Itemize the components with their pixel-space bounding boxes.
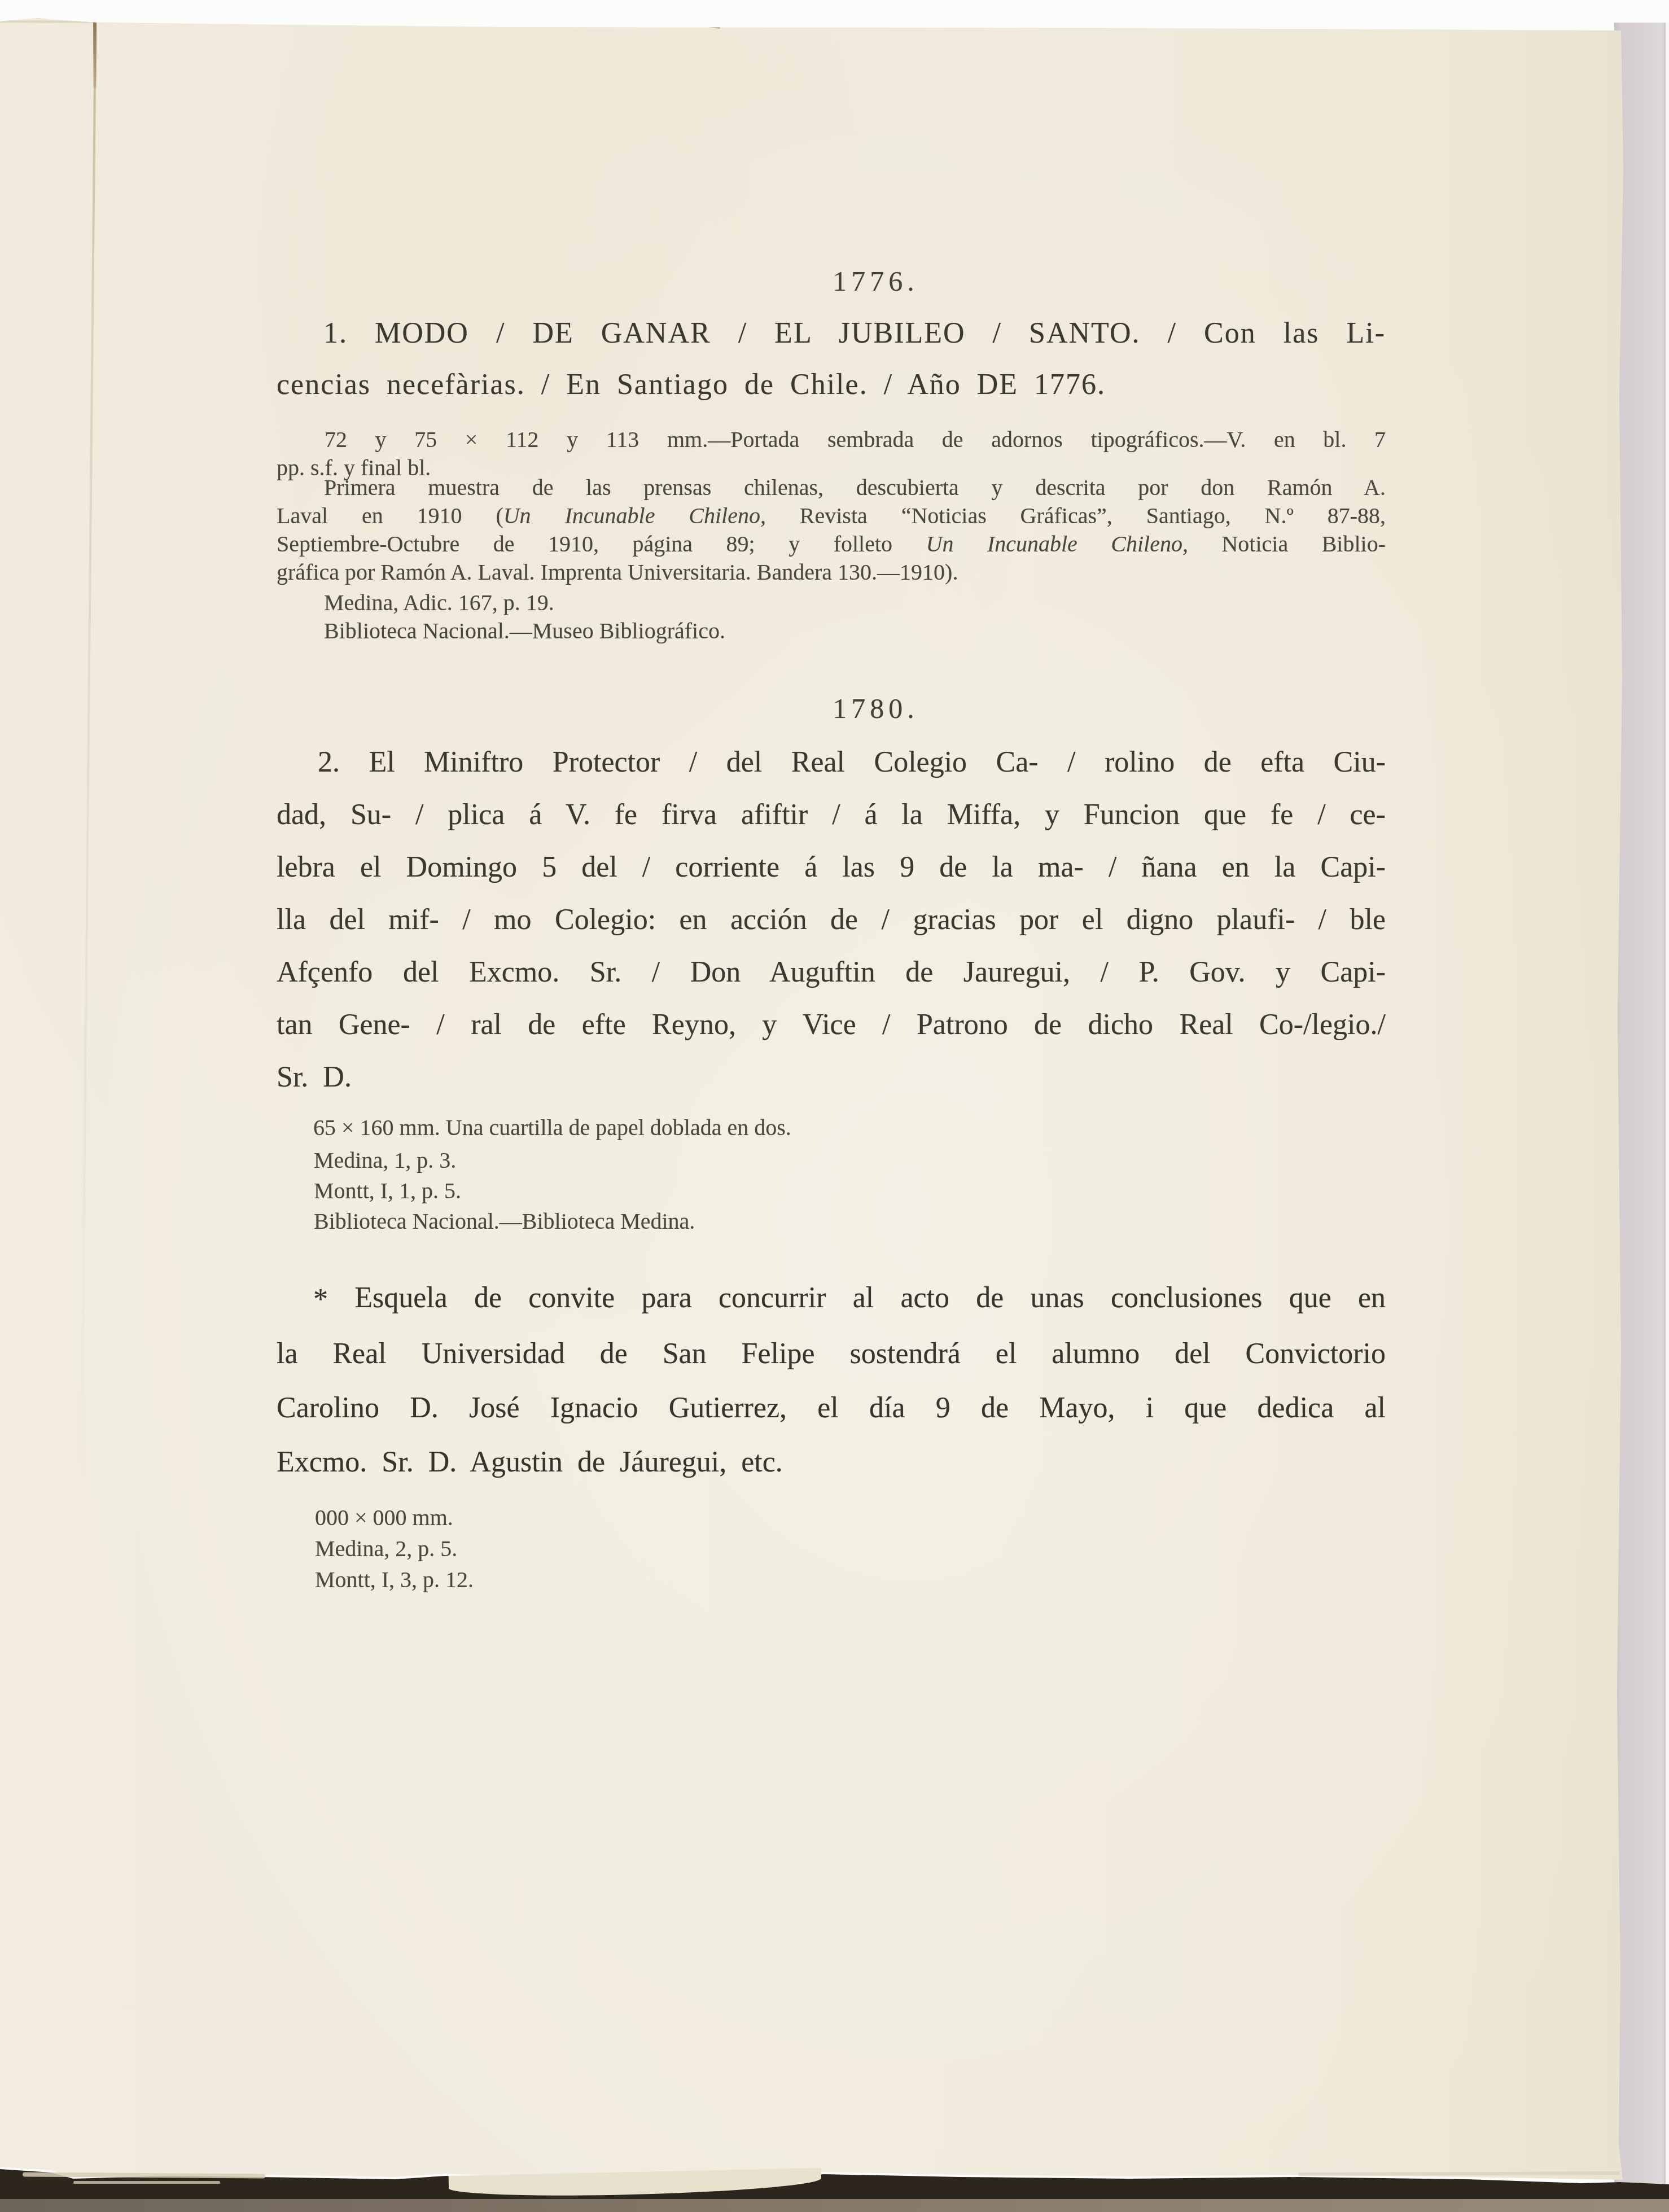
entry1-note-line-3-pre: Septiembre-Octubre de 1910, página 89; y… (277, 531, 926, 557)
entry1-note-line-2-italic: Un Incunable Chileno, (503, 503, 766, 528)
entry2-note-line-3: Carolino D. José Ignacio Gutierrez, el d… (277, 1381, 1386, 1435)
entry2-ref-medina-2: Medina, 2, p. 5. (277, 1533, 1386, 1564)
entry2-line-3: lebra el Domingo 5 del / corriente á las… (277, 841, 1386, 893)
entry2-line-5: Afçenfo del Excmo. Sr. / Don Auguftin de… (277, 946, 1386, 998)
entry1-note-line-3: Septiembre-Octubre de 1910, página 89; y… (277, 530, 1386, 558)
entry1-references: Medina, Adic. 167, p. 19. Biblioteca Nac… (277, 589, 1386, 645)
entry2-ref-medina: Medina, 1, p. 3. (277, 1145, 1386, 1176)
bottom-page-edge-wisp-2 (73, 2181, 220, 2184)
page-top-edge (0, 20, 1626, 30)
entry1-title: 1. MODO / DE GANAR / EL JUBILEO / SANTO.… (277, 308, 1386, 410)
entry1-note: Primera muestra de las prensas chilenas,… (277, 474, 1386, 586)
entry1-title-line-2: cencias necefàrias. / En Santiago de Chi… (277, 359, 1386, 410)
entry1-title-line-1: 1. MODO / DE GANAR / EL JUBILEO / SANTO.… (277, 308, 1386, 359)
entry1-ref-biblioteca: Biblioteca Nacional.—Museo Bibliográfico… (277, 617, 1386, 645)
entry2-ref-montt: Montt, I, 1, p. 5. (277, 1176, 1386, 1206)
entry2-note-line-1-text: Esquela de convite para concurrir al act… (328, 1282, 1386, 1314)
entry1-note-line-3-italic: Un Incunable Chileno, (926, 531, 1188, 557)
entry1-note-line-3-post: Noticia Biblio- (1188, 531, 1386, 557)
underlying-page-right-edge (1614, 23, 1669, 2207)
entry2-collation-line: 65 × 160 mm. Una cuartilla de papel dobl… (277, 1114, 1386, 1142)
entry2-ref-biblioteca: Biblioteca Nacional.—Biblioteca Medina. (277, 1206, 1386, 1237)
entry2-line-7: Sr. D. (277, 1051, 1386, 1103)
entry1-note-line-2-post: Revista “Noticias Gráficas”, Santiago, N… (766, 503, 1386, 528)
top-right-smudge (1490, 21, 1614, 28)
entry2-line-4: lla del mif- / mo Colegio: en acción de … (277, 893, 1386, 946)
entry2-references: Medina, 1, p. 3. Montt, I, 1, p. 5. Bibl… (277, 1145, 1386, 1237)
entry2-line-1: 2. El Miniftro Protector / del Real Cole… (277, 736, 1386, 789)
entry2-transcription: 2. El Miniftro Protector / del Real Cole… (277, 736, 1386, 1103)
year-heading-1780: 1780. (321, 691, 1430, 725)
entry1-note-line-2-pre: Laval en 1910 ( (277, 503, 503, 528)
entry2-ref-size: 000 × 000 mm. (277, 1502, 1386, 1533)
entry2-note-line-2: la Real Universidad de San Felipe sosten… (277, 1327, 1386, 1381)
year-heading-1776: 1776. (321, 264, 1430, 298)
entry1-ref-medina: Medina, Adic. 167, p. 19. (277, 589, 1386, 617)
main-page: 1776. 1. MODO / DE GANAR / EL JUBILEO / … (0, 0, 1669, 2212)
entry1-collation-line-1: 72 y 75 × 112 y 113 mm.—Portada sembrada… (277, 426, 1386, 454)
entry2-references-2: 000 × 000 mm. Medina, 2, p. 5. Montt, I,… (277, 1502, 1386, 1595)
entry1-note-line-2: Laval en 1910 (Un Incunable Chileno, Rev… (277, 502, 1386, 530)
paper-crease (80, 23, 97, 1490)
entry2-note-line-4: Excmo. Sr. D. Agustin de Jáuregui, etc. (277, 1435, 1386, 1490)
corner-smudge-topleft (7, 4, 52, 21)
entry2-note-line-1: * Esquela de convite para concurrir al a… (277, 1271, 1386, 1327)
asterisk-mark: * (313, 1284, 328, 1316)
scan-bottom-strip (0, 2199, 1669, 2212)
page-edge-speck (706, 24, 720, 29)
entry2-ref-montt-2: Montt, I, 3, p. 12. (277, 1564, 1386, 1595)
entry2-line-6: tan Gene- / ral de efte Reyno, y Vice / … (277, 998, 1386, 1051)
paper-crease-top (93, 20, 97, 88)
entry2-line-2: dad, Su- / plica á V. fe firva afiftir /… (277, 789, 1386, 841)
page-scan: 1776. 1. MODO / DE GANAR / EL JUBILEO / … (0, 0, 1669, 2212)
entry1-note-line-1: Primera muestra de las prensas chilenas,… (277, 474, 1386, 502)
entry1-note-line-4: gráfica por Ramón A. Laval. Imprenta Uni… (277, 558, 1386, 586)
entry2-editorial-note: * Esquela de convite para concurrir al a… (277, 1271, 1386, 1490)
entry2-collation: 65 × 160 mm. Una cuartilla de papel dobl… (277, 1114, 1386, 1142)
